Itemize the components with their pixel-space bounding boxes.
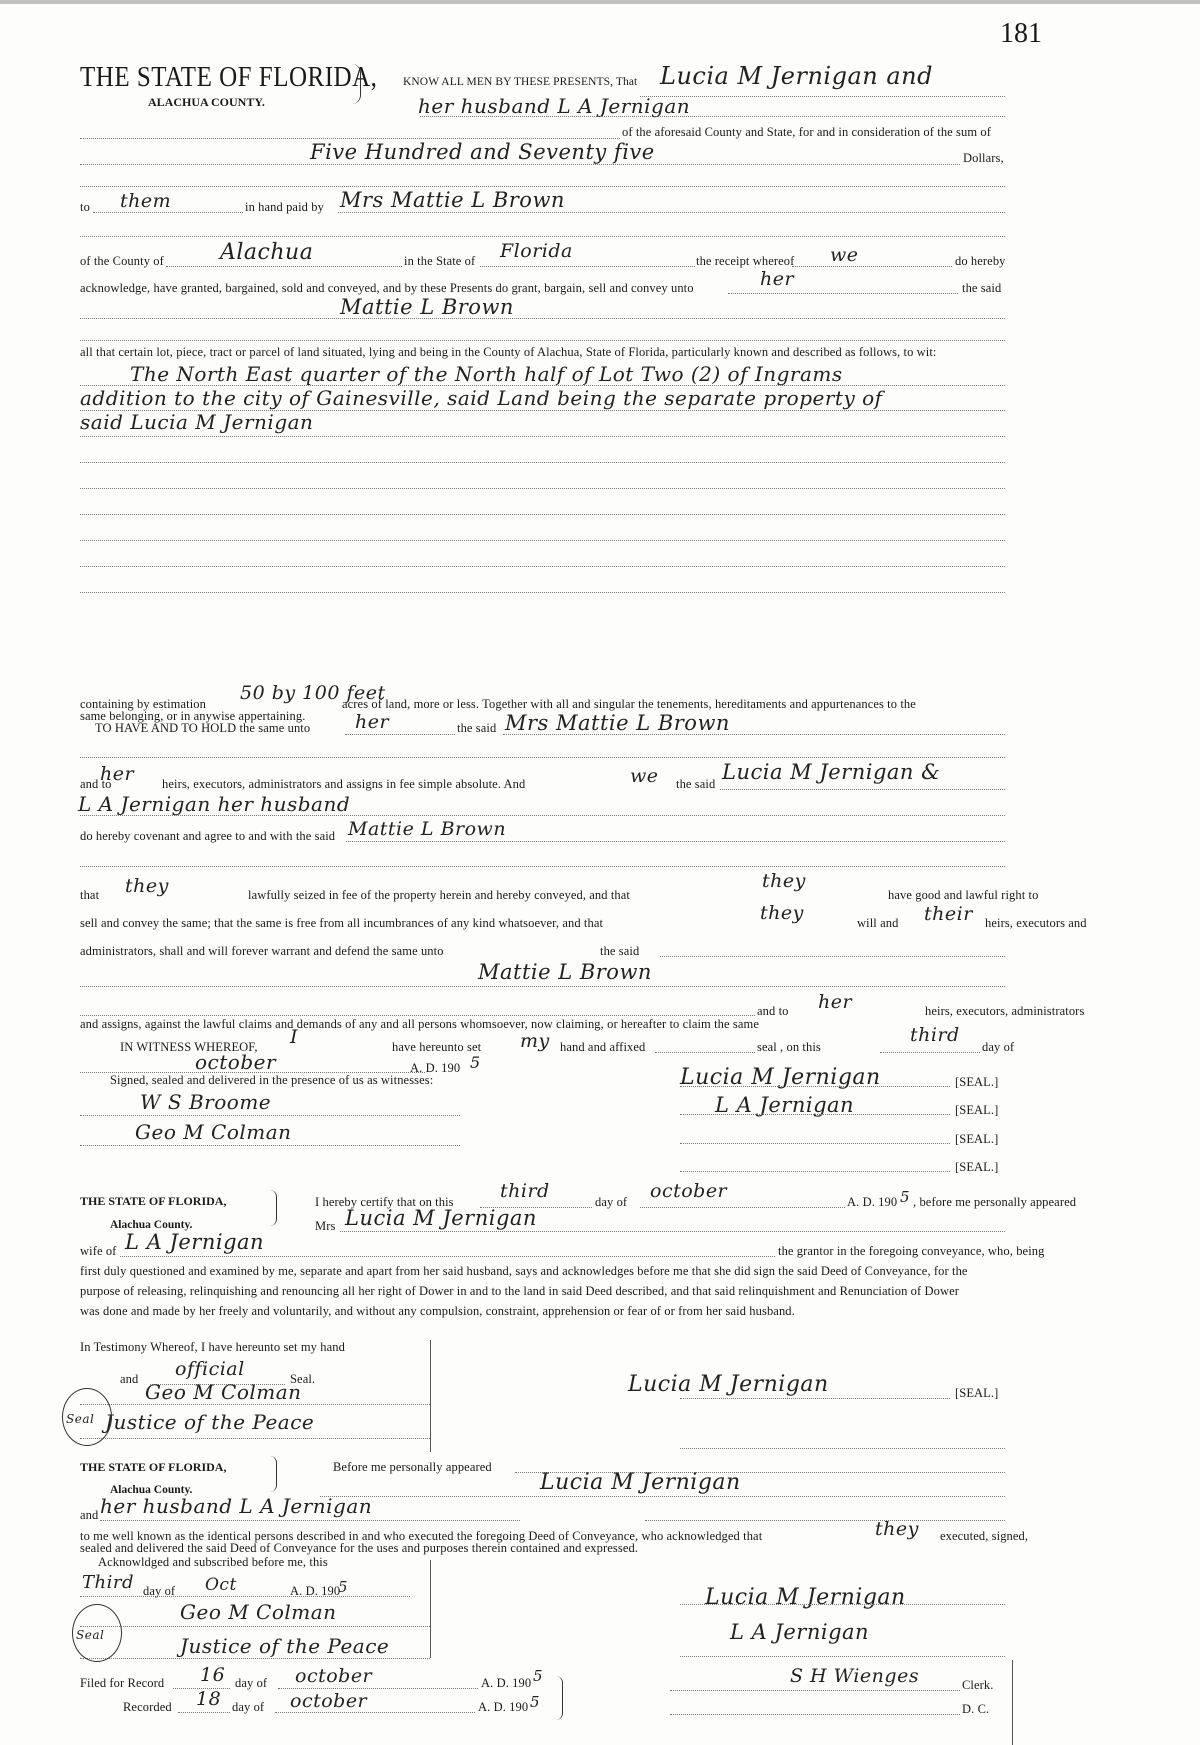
county-hw: Alachua (220, 240, 313, 265)
rec-month-hw: october (290, 1690, 367, 1712)
blank-line (503, 734, 1005, 735)
in-state-text: in the State of (404, 254, 475, 269)
cert-signature-hw: Lucia M Jernigan (628, 1372, 829, 1397)
blank-line (340, 1231, 1005, 1232)
that-text: that (80, 888, 99, 903)
heirs-fee-text: heirs, executors, administrators and ass… (162, 777, 525, 792)
signature-line (680, 1086, 950, 1087)
blank-line (80, 540, 1005, 541)
filed-text: Filed for Record (80, 1676, 164, 1691)
blank-line (80, 1596, 410, 1597)
wife-of-text: wife of (80, 1244, 116, 1259)
know-all-text: KNOW ALL MEN BY THESE PRESENTS, That (403, 76, 637, 88)
ack-title-hw: Justice of the Peace (180, 1634, 389, 1658)
blank-line (80, 566, 1005, 567)
defend-hw: Mattie L Brown (478, 960, 652, 984)
seal-label-4: [SEAL.] (955, 1160, 998, 1175)
blank-line (80, 138, 620, 139)
sealed-text: sealed and delivered the said Deed of Co… (80, 1541, 638, 1556)
signature-line (680, 1656, 1005, 1657)
blank-line (278, 1688, 478, 1689)
cert-day-hw: third (500, 1180, 550, 1202)
filed-year-hw: 5 (533, 1667, 543, 1685)
cert-state: THE STATE OF FLORIDA, (80, 1194, 226, 1209)
wife-hw: L A Jernigan (125, 1230, 264, 1254)
blank-line (80, 1438, 430, 1439)
cert-brace (270, 1190, 277, 1226)
that3-hw: they (760, 902, 804, 924)
description-line-3-hw: said Lucia M Jernigan (80, 410, 313, 434)
seal-label-3: [SEAL.] (955, 1132, 998, 1147)
blank-line (640, 1207, 845, 1208)
appeared-hw: Lucia M Jernigan (540, 1470, 741, 1495)
cert-month-hw: october (650, 1180, 727, 1202)
ack-and-text: and (80, 1508, 98, 1523)
said2-hw: Lucia M Jernigan & (722, 760, 940, 784)
mrs-text: Mrs (315, 1219, 335, 1234)
page-edge-line (1012, 1660, 1013, 1745)
blank-line (80, 462, 1005, 463)
blank-line (80, 986, 1005, 987)
of-county-text: of the County of (80, 254, 164, 269)
blank-line (338, 212, 1005, 213)
seal-label-2: [SEAL.] (955, 1103, 998, 1118)
grantor-name-hw: Lucia M Jernigan and (660, 62, 933, 90)
cert-para-3: was done and made by her freely and volu… (80, 1304, 795, 1319)
have-good-text: have good and lawful right to (888, 888, 1038, 903)
signature-line (680, 1171, 950, 1172)
blank-line (100, 1520, 520, 1521)
grantee-hw: Mattie L Brown (340, 295, 514, 319)
county-title: ALACHUA COUNTY. (148, 95, 265, 110)
blank-line (80, 1115, 460, 1116)
rec-ad-text: A. D. 190 (478, 1700, 528, 1715)
blank-line (80, 164, 960, 165)
witness-2-hw: Geo M Colman (135, 1120, 292, 1144)
ack-day-of-text: day of (143, 1584, 175, 1599)
blank-line (80, 340, 1005, 341)
filing-brace (556, 1676, 563, 1720)
before-me-text: Before me personally appeared (333, 1460, 492, 1475)
hand-affixed-text: hand and affixed (560, 1040, 645, 1055)
year-hw: 5 (470, 1053, 481, 1072)
cert-seal-label: [SEAL.] (955, 1386, 998, 1401)
blank-line (80, 757, 1005, 758)
covenant-text: do hereby covenant and agree to and with… (80, 829, 335, 844)
blank-line (166, 266, 402, 267)
blank-line (275, 1712, 475, 1713)
blank-line (880, 1052, 980, 1053)
said-hw: Mrs Mattie L Brown (505, 711, 730, 735)
ack-signature-2-hw: L A Jernigan (730, 1620, 869, 1644)
rec-day-of-text: day of (232, 1700, 264, 1715)
covenant-with-hw: Mattie L Brown (348, 818, 506, 840)
husband-hw: L A Jernigan her husband (78, 792, 350, 816)
blank-line (80, 236, 1005, 237)
ack-ad-text: A. D. 190 (290, 1584, 340, 1599)
acres-text: acres of land, more or less. Together wi… (342, 697, 916, 712)
and-to-hw-2: her (818, 991, 852, 1013)
cert-para-1: first duly questioned and examined by me… (80, 1264, 968, 1279)
rec-day-hw: 18 (196, 1688, 221, 1710)
officer-hw: Geo M Colman (145, 1380, 302, 1404)
and-text: and (120, 1372, 138, 1387)
to-hw: them (120, 190, 171, 212)
executed-text: executed, signed, (940, 1529, 1028, 1544)
blank-line (680, 1448, 1005, 1449)
lawfully-text: lawfully seized in fee of the property h… (248, 888, 630, 903)
signed-sealed-text: Signed, sealed and delivered in the pres… (110, 1073, 433, 1088)
dollars-text: Dollars, (963, 151, 1004, 166)
ack-state: THE STATE OF FLORIDA, (80, 1460, 226, 1475)
the-said-text-3: the said (600, 944, 639, 959)
blank-line (640, 96, 1005, 97)
blank-line (80, 1658, 430, 1659)
blank-line (720, 789, 1005, 790)
do-hereby-text: do hereby (955, 254, 1006, 269)
cert-year-hw: 5 (900, 1188, 910, 1206)
i-hw: I (290, 1026, 298, 1048)
will-and-text: will and (857, 916, 898, 931)
signature-line (680, 1398, 950, 1399)
page-number: 181 (1000, 18, 1042, 50)
witness-1-hw: W S Broome (140, 1090, 271, 1114)
signature-line (680, 1604, 1005, 1605)
blank-line (80, 436, 1005, 437)
ack-day-hw: Third (82, 1572, 134, 1593)
description-intro: all that certain lot, piece, tract or pa… (80, 345, 937, 360)
cert-para-2: purpose of releasing, relinquishing and … (80, 1284, 959, 1299)
will-hw: their (924, 903, 973, 925)
and-hw: we (630, 765, 659, 787)
filed-ad-text: A. D. 190 (481, 1676, 531, 1691)
the-said-text: the said (457, 721, 496, 736)
before-me-text: , before me personally appeared (913, 1195, 1076, 1210)
testimony-text: In Testimony Whereof, I have hereunto se… (80, 1340, 345, 1355)
filed-day-hw: 16 (200, 1664, 225, 1686)
blank-line (80, 318, 1005, 319)
blank-line (80, 514, 1005, 515)
grantor-husband-hw: her husband L A Jernigan (418, 94, 690, 118)
blank-line (480, 266, 695, 267)
cert-day-of-text: day of (595, 1195, 627, 1210)
to-text: to (80, 200, 90, 215)
blank-line (345, 734, 455, 735)
assigns-text: and assigns, against the lawful claims a… (80, 1017, 759, 1032)
blank-line (178, 1712, 230, 1713)
signature-line (680, 1114, 950, 1115)
description-line-1-hw: The North East quarter of the North half… (130, 362, 843, 386)
ack-month-hw: Oct (205, 1575, 237, 1595)
ack-brace (270, 1456, 277, 1492)
blank-line (80, 815, 1005, 816)
subscribed-text: Acknowldged and subscribed before me, th… (98, 1555, 328, 1570)
blank-line (420, 116, 1005, 117)
dc-text: D. C. (962, 1702, 989, 1717)
my-hw: my (520, 1030, 550, 1052)
consideration-text: of the aforesaid County and State, for a… (622, 125, 991, 140)
blank-line (80, 592, 1005, 593)
the-said-text: the said (962, 281, 1001, 296)
the-said-text-2: the said (676, 777, 715, 792)
official-hw: official (175, 1358, 245, 1380)
blank-line (80, 1145, 460, 1146)
signature-line (670, 1714, 960, 1715)
ack-bracket (430, 1560, 431, 1658)
seal-stamp-hw: Seal (66, 1412, 94, 1426)
blank-line (93, 212, 243, 213)
description-line-2-hw: addition to the city of Gainesville, sai… (80, 386, 883, 410)
blank-line (346, 841, 1005, 842)
ack-and-hw: her husband L A Jernigan (100, 1494, 372, 1518)
signature-line (680, 1143, 950, 1144)
ack-signature-1-hw: Lucia M Jernigan (705, 1585, 906, 1610)
blank-line (80, 1626, 430, 1627)
cert-ad-text: A. D. 190 (847, 1195, 897, 1210)
receipt-text: the receipt whereof (696, 254, 794, 269)
blank-line (80, 866, 1005, 867)
and-to-text-2: and to (757, 1004, 789, 1019)
blank-line (80, 1015, 755, 1016)
unto-hw: her (355, 711, 389, 733)
that2-hw: they (762, 870, 806, 892)
blank-line (660, 956, 1005, 957)
blank-line (80, 186, 1005, 187)
acknowledge-text: acknowledge, have granted, bargained, so… (80, 281, 694, 296)
blank-line (320, 1496, 1005, 1497)
blank-line (792, 266, 952, 267)
seal-on-this-text: seal , on this (757, 1040, 821, 1055)
blank-line (80, 488, 1005, 489)
ack-seal-stamp-hw: Seal (76, 1628, 104, 1642)
that-hw: they (125, 875, 169, 897)
state-title: THE STATE OF FLORIDA, (80, 62, 377, 94)
in-hand-paid-text: in hand paid by (245, 200, 324, 215)
blank-line (728, 293, 958, 294)
unto-hw: her (760, 268, 794, 290)
paid-by-hw: Mrs Mattie L Brown (340, 188, 565, 212)
deed-page: 181 THE STATE OF FLORIDA, ALACHUA COUNTY… (0, 0, 1200, 1745)
signature-line (670, 1690, 960, 1691)
header-brace (352, 64, 361, 104)
blank-line (645, 1520, 1005, 1521)
filed-month-hw: october (295, 1665, 372, 1687)
heirs-exec-text: heirs, executors and (985, 916, 1087, 931)
clerk-hw: S H Wienges (790, 1665, 919, 1687)
seal-label-1: [SEAL.] (955, 1075, 998, 1090)
ack-that-hw: they (875, 1518, 919, 1540)
receipt-hw: we (830, 244, 859, 266)
testimony-bracket (430, 1340, 431, 1452)
ack-year-hw: 5 (338, 1578, 348, 1596)
blank-line (80, 1404, 430, 1405)
blank-line (655, 1052, 755, 1053)
clerk-text: Clerk. (962, 1678, 994, 1693)
recorded-text: Recorded (123, 1700, 172, 1715)
ack-officer-hw: Geo M Colman (180, 1600, 337, 1624)
day-hw: third (910, 1024, 960, 1046)
and-to-hw: her (100, 763, 134, 785)
blank-line (120, 1256, 775, 1257)
day-of-text: day of (982, 1040, 1014, 1055)
administrators-text: administrators, shall and will forever w… (80, 944, 444, 959)
to-have-text: TO HAVE AND TO HOLD the same unto (95, 721, 310, 736)
heirs-admin-text: heirs, executors, administrators (925, 1004, 1084, 1019)
cert-mrs-hw: Lucia M Jernigan (345, 1206, 537, 1230)
amount-hw: Five Hundred and Seventy five (310, 140, 655, 164)
title-hw: Justice of the Peace (105, 1410, 314, 1434)
filed-day-of-text: day of (235, 1676, 267, 1691)
state-hw: Florida (500, 240, 573, 262)
grantor-text: the grantor in the foregoing conveyance,… (778, 1244, 1044, 1259)
month-hw: october (195, 1050, 276, 1074)
have-hereunto-text: have hereunto set (392, 1040, 481, 1055)
rec-year-hw: 5 (530, 1693, 540, 1711)
sell-convey-text: sell and convey the same; that the same … (80, 916, 603, 931)
scan-edge (0, 0, 1200, 4)
